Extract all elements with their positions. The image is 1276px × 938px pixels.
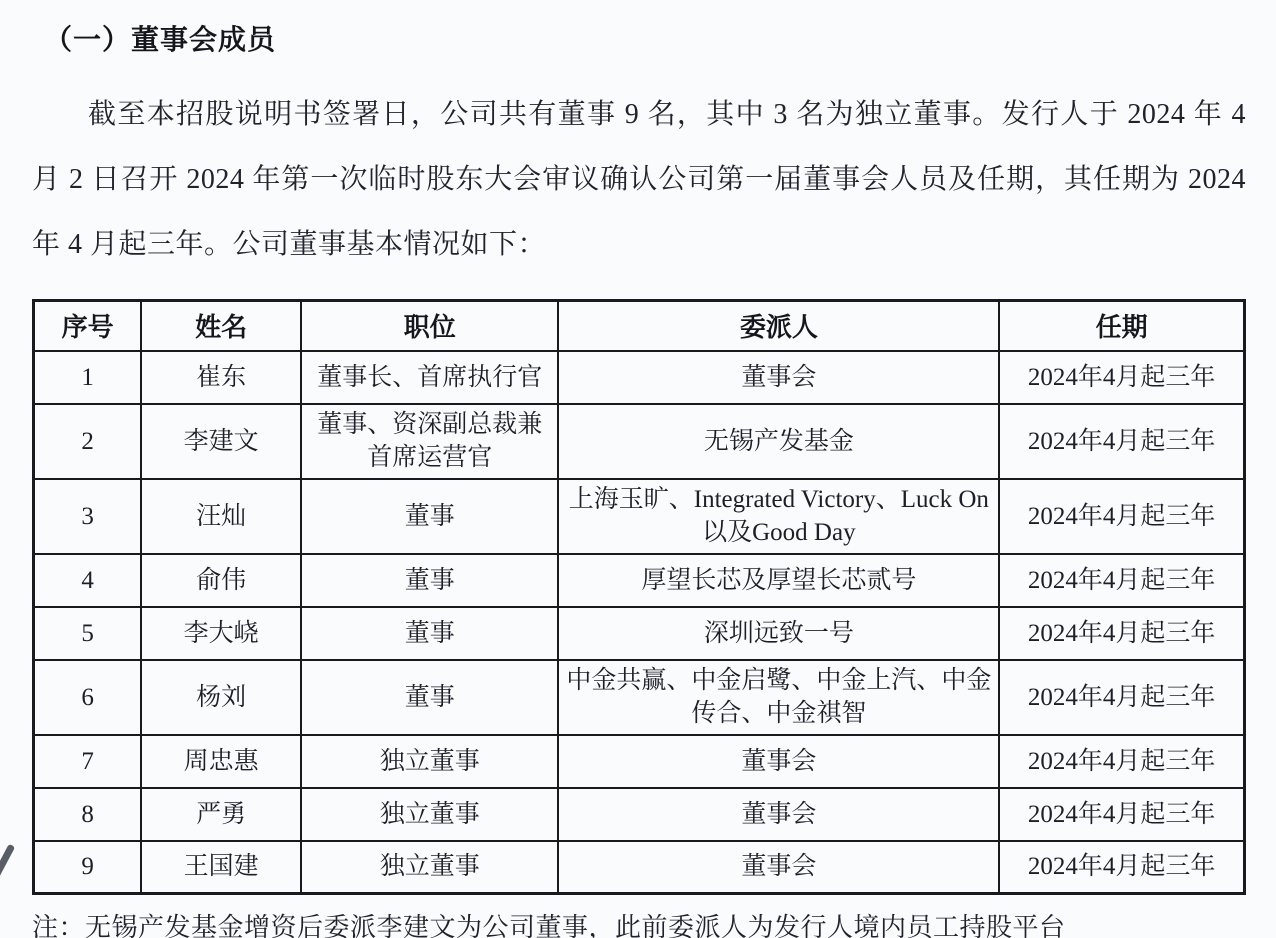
index-cell: 7 bbox=[34, 735, 142, 788]
term-cell: 2024年4月起三年 bbox=[999, 351, 1244, 404]
index-cell: 1 bbox=[34, 351, 142, 404]
column-header-name: 姓名 bbox=[141, 301, 301, 351]
appointer-cell: 上海玉旷、Integrated Victory、Luck On以及Good Da… bbox=[558, 479, 999, 554]
table-row: 6 杨刘 董事 中金共赢、中金启鹭、中金上汽、中金传合、中金祺智 2024年4月… bbox=[34, 660, 1245, 735]
appointer-cell: 董事会 bbox=[558, 351, 999, 404]
position-cell: 董事 bbox=[301, 554, 558, 607]
appointer-cell: 厚望长芯及厚望长芯贰号 bbox=[558, 554, 999, 607]
term-cell: 2024年4月起三年 bbox=[999, 735, 1244, 788]
name-cell: 王国建 bbox=[141, 841, 301, 894]
appointer-cell: 董事会 bbox=[558, 735, 999, 788]
index-cell: 3 bbox=[34, 479, 142, 554]
name-cell: 崔东 bbox=[141, 351, 301, 404]
position-cell: 董事 bbox=[301, 607, 558, 660]
name-cell: 杨刘 bbox=[141, 660, 301, 735]
position-cell: 董事 bbox=[301, 479, 558, 554]
appointer-cell: 中金共赢、中金启鹭、中金上汽、中金传合、中金祺智 bbox=[558, 660, 999, 735]
table-row: 4 俞伟 董事 厚望长芯及厚望长芯贰号 2024年4月起三年 bbox=[34, 554, 1245, 607]
table-row: 3 汪灿 董事 上海玉旷、Integrated Victory、Luck On以… bbox=[34, 479, 1245, 554]
term-cell: 2024年4月起三年 bbox=[999, 788, 1244, 841]
position-cell: 独立董事 bbox=[301, 735, 558, 788]
table-header-row: 序号 姓名 职位 委派人 任期 bbox=[34, 301, 1245, 351]
table-row: 2 李建文 董事、资深副总裁兼首席运营官 无锡产发基金 2024年4月起三年 bbox=[34, 404, 1245, 479]
position-cell: 董事、资深副总裁兼首席运营官 bbox=[301, 404, 558, 479]
position-cell: 独立董事 bbox=[301, 841, 558, 894]
intro-paragraph: 截至本招股说明书签署日，公司共有董事 9 名，其中 3 名为独立董事。发行人于 … bbox=[32, 82, 1246, 277]
index-cell: 9 bbox=[34, 841, 142, 894]
term-cell: 2024年4月起三年 bbox=[999, 404, 1244, 479]
column-header-position: 职位 bbox=[301, 301, 558, 351]
document-page: （一）董事会成员 截至本招股说明书签署日，公司共有董事 9 名，其中 3 名为独… bbox=[0, 0, 1276, 938]
section-heading: （一）董事会成员 bbox=[44, 18, 1246, 58]
term-cell: 2024年4月起三年 bbox=[999, 479, 1244, 554]
appointer-cell: 深圳远致一号 bbox=[558, 607, 999, 660]
position-cell: 董事 bbox=[301, 660, 558, 735]
term-cell: 2024年4月起三年 bbox=[999, 660, 1244, 735]
term-cell: 2024年4月起三年 bbox=[999, 607, 1244, 660]
appointer-cell: 董事会 bbox=[558, 841, 999, 894]
appointer-cell: 董事会 bbox=[558, 788, 999, 841]
position-cell: 董事长、首席执行官 bbox=[301, 351, 558, 404]
column-header-appointer: 委派人 bbox=[558, 301, 999, 351]
scan-artifact bbox=[0, 844, 15, 898]
appointer-cell: 无锡产发基金 bbox=[558, 404, 999, 479]
column-header-index: 序号 bbox=[34, 301, 142, 351]
index-cell: 6 bbox=[34, 660, 142, 735]
name-cell: 严勇 bbox=[141, 788, 301, 841]
index-cell: 8 bbox=[34, 788, 142, 841]
name-cell: 俞伟 bbox=[141, 554, 301, 607]
table-footnote: 注：无锡产发基金增资后委派李建文为公司董事，此前委派人为发行人境内员工持股平台 bbox=[32, 907, 1246, 938]
table-row: 8 严勇 独立董事 董事会 2024年4月起三年 bbox=[34, 788, 1245, 841]
board-members-table: 序号 姓名 职位 委派人 任期 1 崔东 董事长、首席执行官 董事会 2024年… bbox=[32, 299, 1246, 895]
term-cell: 2024年4月起三年 bbox=[999, 841, 1244, 894]
table-row: 9 王国建 独立董事 董事会 2024年4月起三年 bbox=[34, 841, 1245, 894]
column-header-term: 任期 bbox=[999, 301, 1244, 351]
index-cell: 5 bbox=[34, 607, 142, 660]
name-cell: 汪灿 bbox=[141, 479, 301, 554]
index-cell: 2 bbox=[34, 404, 142, 479]
name-cell: 李大峣 bbox=[141, 607, 301, 660]
term-cell: 2024年4月起三年 bbox=[999, 554, 1244, 607]
name-cell: 周忠惠 bbox=[141, 735, 301, 788]
table-row: 7 周忠惠 独立董事 董事会 2024年4月起三年 bbox=[34, 735, 1245, 788]
table-row: 1 崔东 董事长、首席执行官 董事会 2024年4月起三年 bbox=[34, 351, 1245, 404]
table-row: 5 李大峣 董事 深圳远致一号 2024年4月起三年 bbox=[34, 607, 1245, 660]
index-cell: 4 bbox=[34, 554, 142, 607]
position-cell: 独立董事 bbox=[301, 788, 558, 841]
name-cell: 李建文 bbox=[141, 404, 301, 479]
